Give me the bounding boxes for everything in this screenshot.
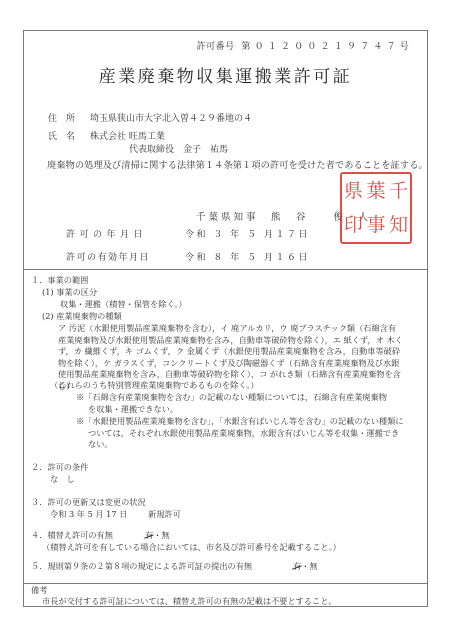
section-divider [24,269,427,270]
section-2-text: な し [50,474,75,486]
remarks-text: 市長が交付する許可証については、積替え許可の有無の記載は不要とすること。 [42,596,337,608]
option-no: 無 [309,561,317,571]
special-waste-exclusion: （これらのうち特別管理産業廃棄物であるものを除く。） [50,380,259,392]
document-title: 産業廃棄物収集運搬業許可証 [24,62,427,87]
certification-statement: 廃棄物の処理及び清掃に関する法律第１４条第１項の許可を受けた者であることを証する… [47,157,428,171]
company-name: 株式会社 旺馬工業 [90,129,165,142]
name-label: 氏 名 [48,129,75,142]
mercury-note: ※「水銀使用製品産業廃棄物を含む」，「水銀含有ばいじん等を含む」の記載のない種類… [76,416,404,451]
permit-date-value: 令和 ３ 年 ５ 月１７日 [185,227,310,240]
seal-char: 印 [342,216,365,235]
seal-char: 葉 [365,182,388,201]
section-2-heading: ２．許可の条件 [31,462,88,474]
permit-number-label: 許可番号 [197,42,235,52]
transfer-permit-options: 有・無 [145,530,170,542]
address-label: 住 所 [48,111,75,124]
seal-char: 知 [387,216,410,235]
section-1-sub2-heading: (2) 産業廃棄物の種類 [42,311,122,323]
remarks-divider [24,583,427,584]
seal-char: 千 [387,182,410,201]
section-1-sub1-text: 収集・運搬（積替・保管を除く。） [60,299,187,311]
representative-name: 代表取締役 金子 祐馬 [129,142,228,155]
submission-options: 有・無 [293,561,318,573]
seal-char: 事 [365,216,388,235]
option-yes-struck: 有 [293,561,301,573]
option-yes-struck: 有 [145,530,153,542]
expiry-date-value: 令和 ８ 年 ５ 月１６日 [185,250,310,263]
section-4-note: （積替え許可を有している場合においては、市名及び許可番号を記載すること。） [42,542,341,554]
permit-number-value: 第０１２００２１９７４７号 [241,42,413,52]
expiry-date-label: 許可の有効年月日 [66,250,150,263]
renewal-date: 令和 3 年 5 月 17 日 [50,509,127,521]
remarks-heading: 備考 [31,585,47,597]
official-seal: 千 葉 県 知 事 印 [340,172,412,244]
renewal-status: 新規許可 [148,509,181,521]
permit-date-label: 許可の年月日 [66,227,147,240]
section-1-sub1-heading: (1) 事業の区分 [42,287,97,299]
permit-number: 許可番号 第０１２００２１９７４７号 [197,39,413,52]
address-value: 埼玉県狭山市大字北入曽４２９番地の４ [90,111,252,124]
section-3-heading: ３．許可の更新又は変更の状況 [31,497,146,509]
asbestos-note: ※「石綿含有産業廃棄物を含む」の記載のない種類については，石綿含有産業廃棄物を収… [76,392,388,415]
section-5-heading: ５．規則第９条の２第８項の規定による許可証の提出の有無 [31,561,252,573]
section-4-heading: ４．積替え許可の有無 [31,530,113,542]
option-no: 無 [161,530,169,540]
section-1-heading: １．事業の範囲 [31,275,88,287]
seal-char: 県 [342,182,365,201]
permit-certificate: 許可番号 第０１２００２１９７４７号 産業廃棄物収集運搬業許可証 住 所 埼玉県… [23,30,428,607]
